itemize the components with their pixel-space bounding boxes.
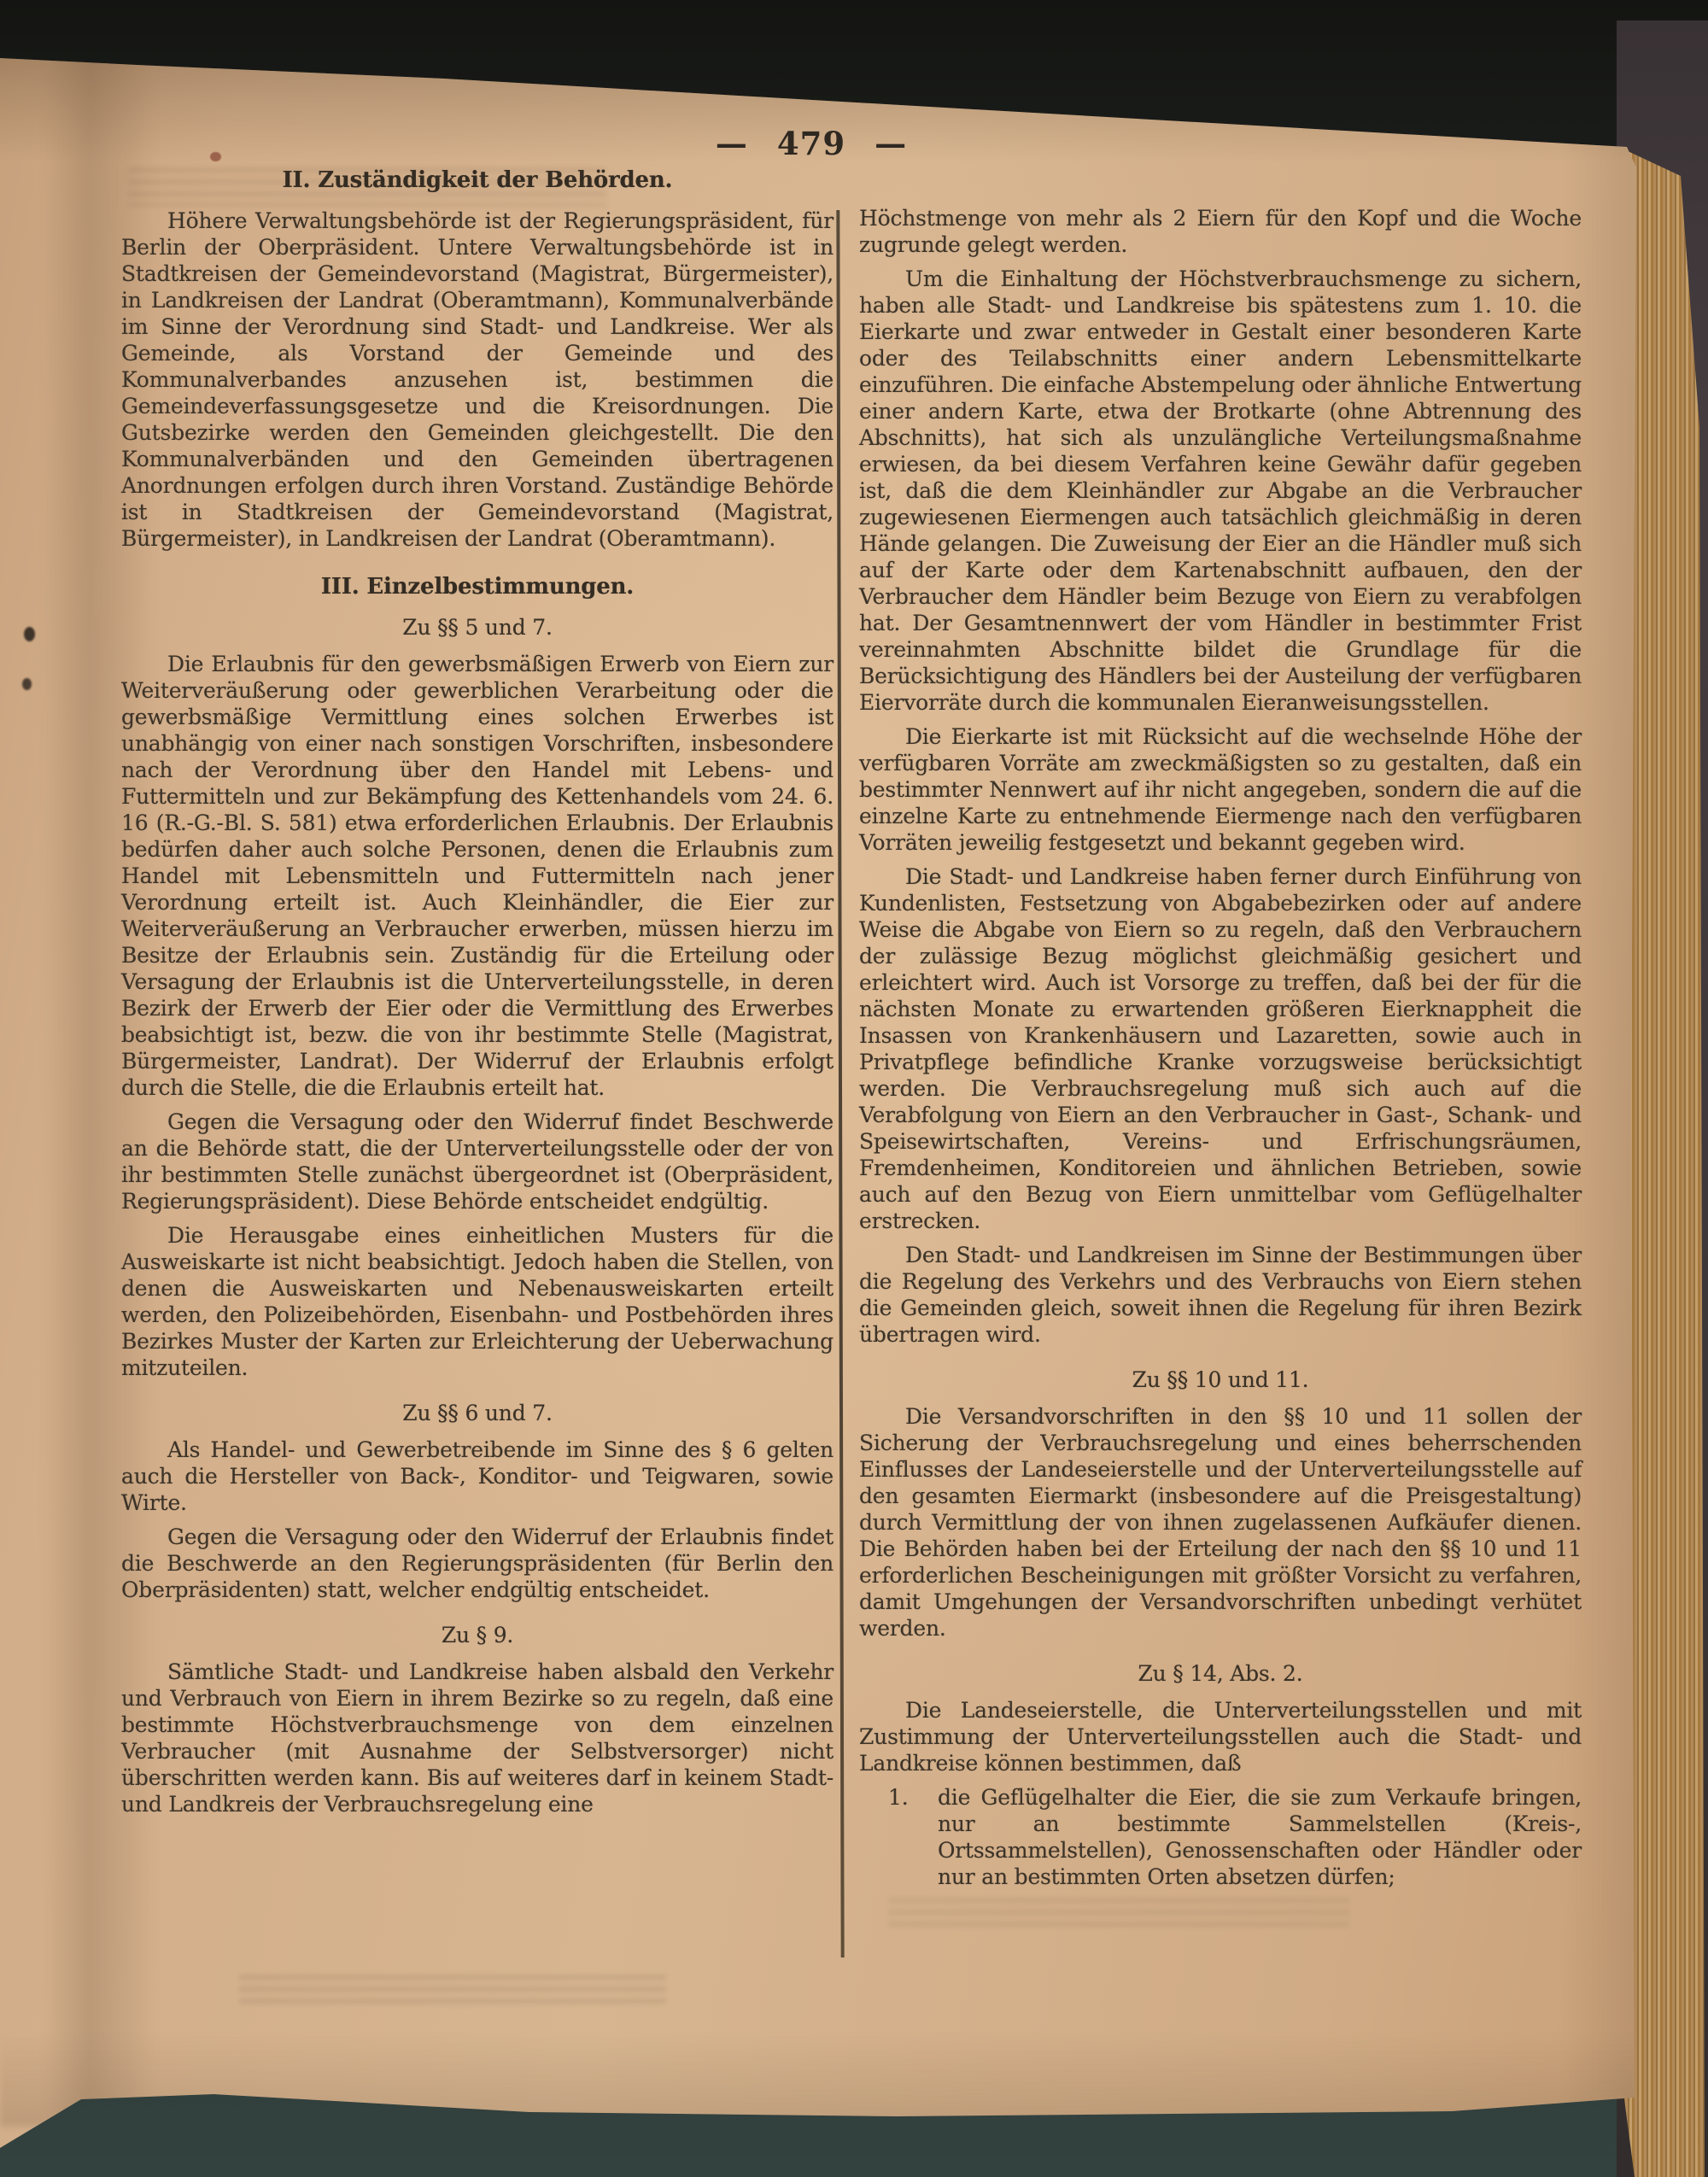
ordered-item-number: 1. bbox=[888, 1784, 908, 1811]
binder-hole bbox=[24, 627, 35, 641]
dash-right: — bbox=[874, 125, 907, 162]
paragraph-hoechstmenge: Höchstmenge von mehr als 2 Eiern für den… bbox=[859, 205, 1582, 258]
subsection-heading-par5-7: Zu §§ 5 und 7. bbox=[121, 614, 834, 641]
book-photo: —479— II. Zuständigkeit der Behörden. Hö… bbox=[0, 0, 1708, 2177]
subsection-heading-par9: Zu § 9. bbox=[121, 1622, 834, 1648]
paragraph-verbrauchsregelung: Sämtliche Stadt- und Landkreise haben al… bbox=[121, 1659, 834, 1817]
section-heading-zustaendigkeit: II. Zuständigkeit der Behörden. bbox=[121, 167, 834, 194]
paragraph-erlaubnis: Die Erlaubnis für den gewerbsmäßigen Erw… bbox=[121, 651, 834, 1101]
paragraph-muster: Die Herausgabe eines einheitlichen Muste… bbox=[121, 1222, 834, 1381]
paragraph-kundenlisten: Die Stadt- und Landkreise haben ferner d… bbox=[859, 863, 1582, 1234]
paragraph-gemeinden-gleich: Den Stadt- und Landkreisen im Sinne der … bbox=[859, 1242, 1582, 1348]
subsection-heading-par14-abs2: Zu § 14, Abs. 2. bbox=[859, 1660, 1582, 1687]
paragraph-beschwerde-2: Gegen die Versagung oder den Widerruf de… bbox=[121, 1524, 834, 1603]
paragraph-gewerbetreibende: Als Handel- und Gewerbetreibende im Sinn… bbox=[121, 1437, 834, 1516]
ordered-list-item-1: 1. die Geflügelhalter die Eier, die sie … bbox=[859, 1784, 1582, 1890]
ordered-item-text: die Geflügelhalter die Eier, die sie zum… bbox=[938, 1785, 1582, 1889]
dash-left: — bbox=[716, 125, 748, 162]
ink-bleedthrough-smudge bbox=[888, 1898, 1349, 1928]
paragraph-beschwerde: Gegen die Versagung oder den Widerruf fi… bbox=[121, 1109, 834, 1214]
paragraph-versandvorschriften: Die Versandvorschriften in den §§ 10 und… bbox=[859, 1403, 1582, 1642]
right-text-column: Höchstmenge von mehr als 2 Eiern für den… bbox=[859, 205, 1582, 1890]
binder-hole bbox=[22, 678, 32, 690]
paragraph-behoerden: Höhere Verwaltungsbehörde ist der Regier… bbox=[121, 208, 834, 552]
section-heading-einzelbestimmungen: III. Einzelbestimmungen. bbox=[121, 574, 834, 600]
subsection-heading-par6-7: Zu §§ 6 und 7. bbox=[121, 1400, 834, 1426]
paragraph-landeseierstelle: Die Landeseierstelle, die Unterverteilun… bbox=[859, 1697, 1582, 1776]
ink-bleedthrough-smudge bbox=[239, 1975, 666, 2007]
paragraph-eierkarte-einfuehrung: Um die Einhaltung der Höchstverbrauchsme… bbox=[859, 266, 1582, 716]
left-text-column: II. Zuständigkeit der Behörden. Höhere V… bbox=[121, 167, 834, 1825]
paper-stain bbox=[210, 152, 221, 161]
page-number: 479 bbox=[777, 125, 845, 162]
running-head: —479— bbox=[547, 125, 1076, 162]
paragraph-nennwert: Die Eierkarte ist mit Rücksicht auf die … bbox=[859, 723, 1582, 856]
subsection-heading-par10-11: Zu §§ 10 und 11. bbox=[859, 1366, 1582, 1393]
